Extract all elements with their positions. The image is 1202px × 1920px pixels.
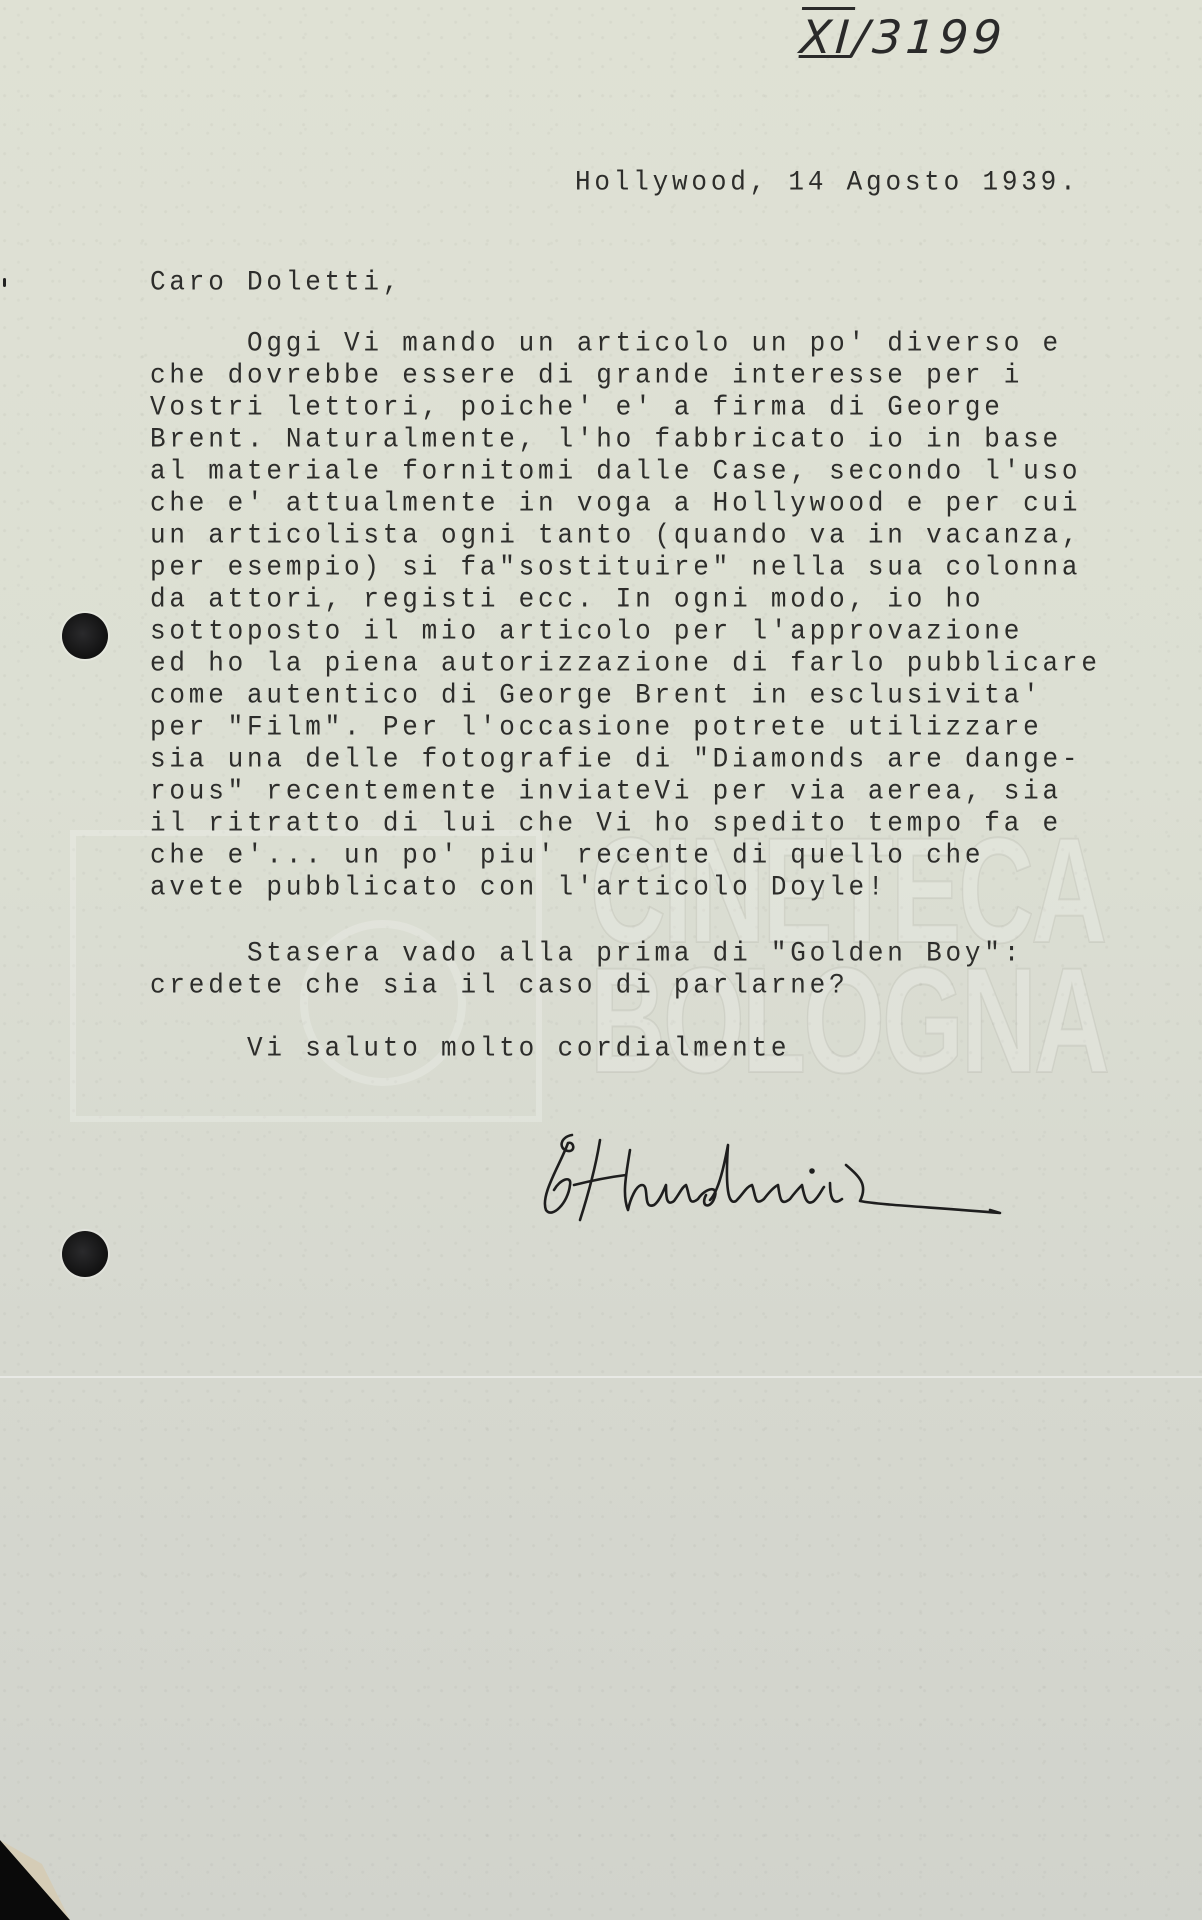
letter-line: che e' attualmente in voga a Hollywood e… [150,486,1081,520]
archive-digits: 3199 [871,10,1008,64]
archive-number: XI/3199 [798,10,1007,64]
letter-line: avete pubblicato con l'articolo Doyle! [150,870,887,904]
letter-line: un articolista ogni tanto (quando va in … [150,518,1081,552]
punch-hole [62,1231,108,1277]
letter-line: ed ho la piena autorizzazione di farlo p… [150,646,1101,680]
letter-line: per "Film". Per l'occasione potrete util… [150,710,1043,744]
letter-line: per esempio) si fa"sostituire" nella sua… [150,550,1081,584]
letter-line: al materiale fornitomi dalle Case, secon… [150,454,1081,488]
letter-line: Stasera vado alla prima di "Golden Boy": [247,936,1023,970]
letter-line: Brent. Naturalmente, l'ho fabbricato io … [150,422,1062,456]
letter-line: Oggi Vi mando un articolo un po' diverso… [247,326,1062,360]
letter-line: da attori, registi ecc. In ogni modo, io… [150,582,984,616]
letter-line: sia una delle fotografie di "Diamonds ar… [150,742,1081,776]
punch-hole [62,613,108,659]
letter-line: Vi saluto molto cordialmente [247,1031,790,1065]
letter-line: rous" recentemente inviateVi per via aer… [150,774,1062,808]
letter-line: come autentico di George Brent in esclus… [150,678,1043,712]
letter-line: sottoposto il mio articolo per l'approva… [150,614,1023,648]
archive-roman: XI [798,10,855,64]
letter-line: che e'... un po' piu' recente di quello … [150,838,984,872]
letter-line: che dovrebbe essere di grande interesse … [150,358,1023,392]
fold-line [0,1376,1202,1378]
letter-line: il ritratto di lui che Vi ho spedito tem… [150,806,1062,840]
ink-speck [3,278,6,287]
letter-line: credete che sia il caso di parlarne? [150,968,849,1002]
salutation: Caro Doletti, [150,265,402,299]
letter-line: Vostri lettori, poiche' e' a firma di Ge… [150,390,1004,424]
place-date: Hollywood, 14 Agosto 1939. [575,165,1079,199]
handwritten-signature [530,1115,1030,1225]
